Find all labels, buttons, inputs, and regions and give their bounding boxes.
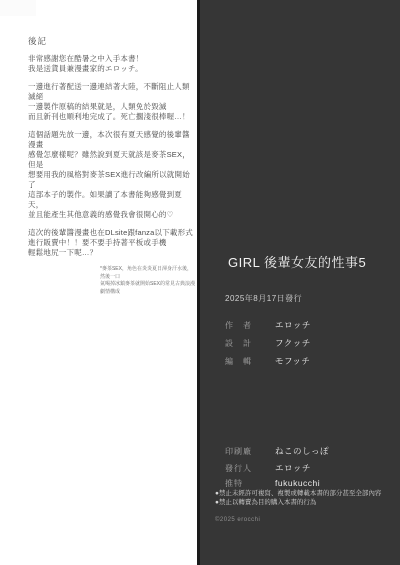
credit-row-label: 設 計	[225, 338, 275, 349]
publishing-row-label: 發行人	[225, 463, 275, 474]
postscript-paragraphs: 非常感謝您在酷暑之中入手本書！ 我是送貨員兼漫畫家的エロッチ。一邊進行著配送一邊…	[28, 54, 196, 258]
credits-list: 作 者エロッチ設 計フクッチ編 輯モフッチ	[225, 319, 311, 373]
postscript-heading: 後記	[28, 36, 196, 46]
credit-row-value: フクッチ	[275, 337, 311, 349]
prohibition-notices: ●禁止未經許可複寫、複製或轉載本書的部分甚至全部內容●禁止以轉賣為目的購入本書的…	[215, 489, 395, 507]
publishing-row: 推特fukukucchi	[225, 478, 329, 487]
publishing-row: 印刷廠ねこのしっぽ	[225, 445, 329, 454]
publishing-list: 印刷廠ねこのしっぽ發行人エロッチ推特fukukucchi	[225, 445, 329, 495]
credit-row: 設 計フクッチ	[225, 337, 311, 346]
credit-row-value: モフッチ	[275, 355, 310, 367]
credit-row-label: 編 輯	[225, 356, 275, 367]
prohibition-notice: ●禁止未經許可複寫、複製或轉載本書的部分甚至全部內容	[215, 489, 395, 498]
publishing-row-label: 推特	[225, 478, 275, 489]
publishing-row: 發行人エロッチ	[225, 462, 329, 471]
postscript-column: 後記 非常感謝您在酷暑之中入手本書！ 我是送貨員兼漫畫家的エロッチ。一邊進行著配…	[28, 36, 196, 296]
credit-row: 編 輯モフッチ	[225, 355, 311, 364]
credit-row-value: エロッチ	[275, 319, 311, 331]
publishing-row-label: 印刷廠	[225, 446, 275, 457]
publishing-row-value: fukukucchi	[275, 478, 320, 488]
corner-print-mark	[0, 0, 36, 16]
colophon-panel: GIRL 後輩女友的性事5 2025年8月17日發行 作 者エロッチ設 計フクッ…	[197, 0, 400, 565]
afterword-page: 後記 非常感謝您在酷暑之中入手本書！ 我是送貨員兼漫畫家的エロッチ。一邊進行著配…	[0, 0, 400, 565]
postscript-paragraph: 一邊進行著配送一邊連結著大陸，不斷阻止人類滅絕 一邊製作原稿的結果就是，人類免於…	[28, 82, 196, 122]
postscript-footnote: *麥茶SEX，角色在炎炎夏日渾身汗水後，然後一口 氣喝掉冰鎮麥茶就開始SEX的常…	[100, 266, 196, 296]
postscript-paragraph: 非常感謝您在酷暑之中入手本書！ 我是送貨員兼漫畫家的エロッチ。	[28, 54, 196, 74]
postscript-paragraph: 這次的後輩醬漫畫也在DLsite跟fanza以下載形式 進行販賣中！！要不要手持…	[28, 228, 196, 258]
prohibition-notice: ●禁止以轉賣為目的購入本書的行為	[215, 498, 395, 507]
credit-row: 作 者エロッチ	[225, 319, 311, 328]
publishing-row-value: ねこのしっぽ	[275, 445, 329, 457]
release-date: 2025年8月17日發行	[225, 293, 302, 304]
postscript-paragraph: 這個話題先放一邊，本次很有夏天感覺的後輩醬漫畫 感覺怎麼樣呢？雖然說到夏天就該是…	[28, 130, 196, 220]
copyright-line: ©2025 erocchi	[215, 517, 260, 523]
credit-row-label: 作 者	[225, 320, 275, 331]
book-title: GIRL 後輩女友的性事5	[228, 252, 366, 271]
publishing-row-value: エロッチ	[275, 462, 311, 474]
